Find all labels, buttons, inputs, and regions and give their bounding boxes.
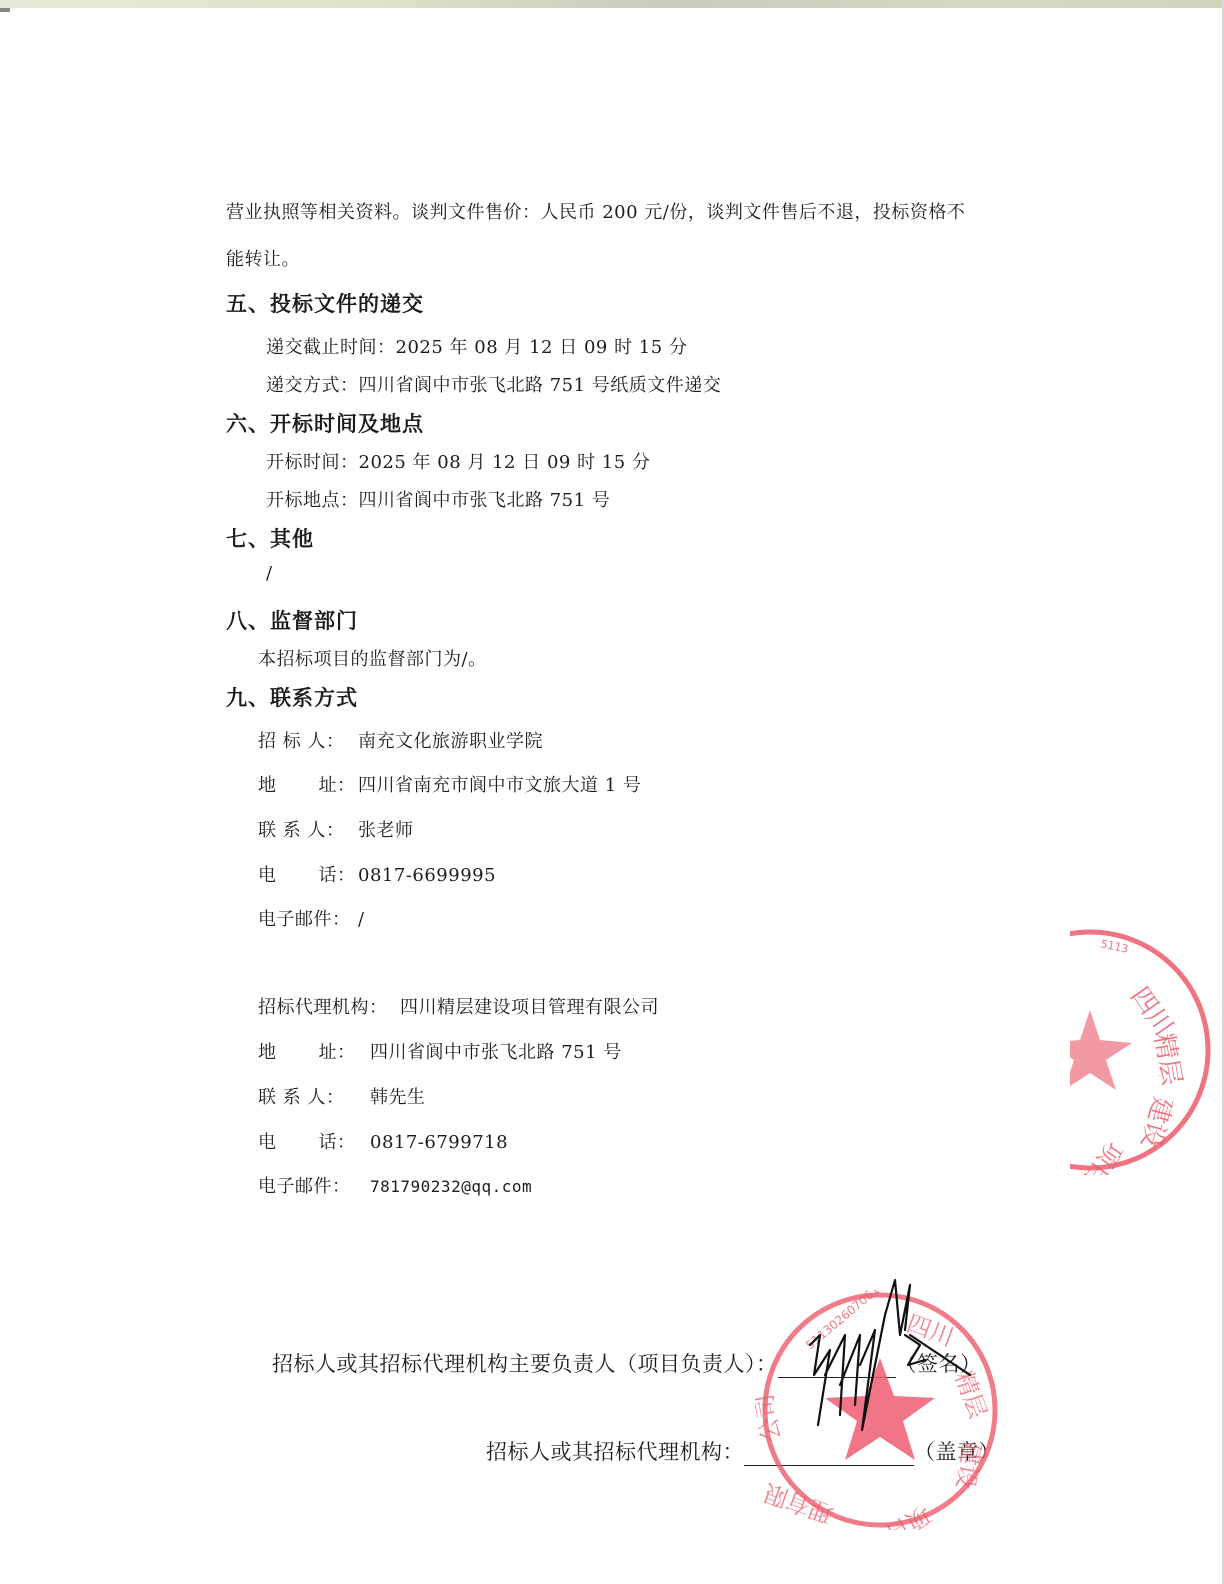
agency-name: 四川精层建设项目管理有限公司 [400,997,659,1018]
tenderer-email-label: 电子邮件： [258,905,358,931]
tenderer-phone-label: 电话： [258,861,358,887]
opening-place: 开标地点：四川省阆中市张飞北路 751 号 [266,486,610,512]
section-heading-opening: 六、开标时间及地点 [226,408,424,438]
tenderer-email: / [358,909,365,930]
agency-name-row: 招标代理机构：四川精层建设项目管理有限公司 [258,993,659,1019]
svg-text:建设: 建设 [1135,1093,1177,1151]
tenderer-contact-label: 联 系 人： [258,816,358,842]
continuation-line-1: 营业执照等相关资料。谈判文件售价：人民币 200 元/份，谈判文件售后不退，投标… [226,198,965,224]
svg-text:项目: 项目 [1078,1137,1128,1175]
supervision-content: 本招标项目的监督部门为/。 [258,645,487,671]
agency-email: 781790232@qq.com [370,1177,532,1196]
tenderer-phone: 0817-6699995 [358,865,496,886]
svg-text:精层: 精层 [1148,1031,1187,1087]
submission-deadline: 递交截止时间：2025 年 08 月 12 日 09 时 15 分 [266,333,687,359]
scan-mark [0,8,10,12]
section-heading-supervision: 八、监督部门 [226,605,358,635]
tenderer-name: 南充文化旅游职业学院 [358,731,543,752]
agency-address-row: 地址：四川省阆中市张飞北路 751 号 [258,1038,622,1064]
agency-address: 四川省阆中市张飞北路 751 号 [370,1042,622,1063]
agency-phone-row: 电话：0817-6799718 [258,1128,508,1154]
svg-text:理有限: 理有限 [760,1478,837,1529]
submission-method: 递交方式：四川省阆中市张飞北路 751 号纸质文件递交 [266,371,721,397]
agency-phone: 0817-6799718 [370,1132,508,1153]
section-heading-other: 七、其他 [226,523,314,553]
tenderer-address: 四川省南充市阆中市文旅大道 1 号 [358,775,641,796]
tenderer-contact: 张老师 [358,820,414,841]
other-content: / [266,563,273,584]
seal-partial-icon: 四川 精层 建设 项目 5113 [1070,925,1224,1175]
principal-signature-label: 招标人或其招标代理机构主要负责人（项目负责人）： [272,1352,778,1376]
tenderer-contact-row: 联 系 人：张老师 [258,816,414,842]
tenderer-name-label: 招 标 人： [258,727,358,753]
agency-address-label: 地址： [258,1038,370,1064]
agency-contact-label: 联 系 人： [258,1083,370,1109]
section-heading-contact: 九、联系方式 [226,682,358,712]
tenderer-phone-row: 电话：0817-6699995 [258,861,496,887]
agency-name-label: 招标代理机构： [258,993,400,1019]
tenderer-address-row: 地址：四川省南充市阆中市文旅大道 1 号 [258,771,641,797]
tenderer-email-row: 电子邮件：/ [258,905,365,931]
opening-time: 开标时间：2025 年 08 月 12 日 09 时 15 分 [266,448,650,474]
agency-email-label: 电子邮件： [258,1172,370,1198]
agency-contact-row: 联 系 人：韩先生 [258,1083,426,1109]
section-heading-submission: 五、投标文件的递交 [226,288,424,318]
scan-edge-top [0,0,1224,8]
svg-text:公司: 公司 [755,1392,786,1444]
agency-phone-label: 电话： [258,1128,370,1154]
continuation-line-2: 能转让。 [226,245,300,271]
agency-email-row: 电子邮件：781790232@qq.com [258,1172,532,1198]
tenderer-address-label: 地址： [258,771,358,797]
organization-seal-label: 招标人或其招标代理机构： [486,1440,744,1464]
handwritten-signature-icon [800,1275,980,1455]
svg-text:5113: 5113 [1099,937,1129,956]
tenderer-name-row: 招 标 人：南充文化旅游职业学院 [258,727,543,753]
agency-contact: 韩先生 [370,1087,426,1108]
